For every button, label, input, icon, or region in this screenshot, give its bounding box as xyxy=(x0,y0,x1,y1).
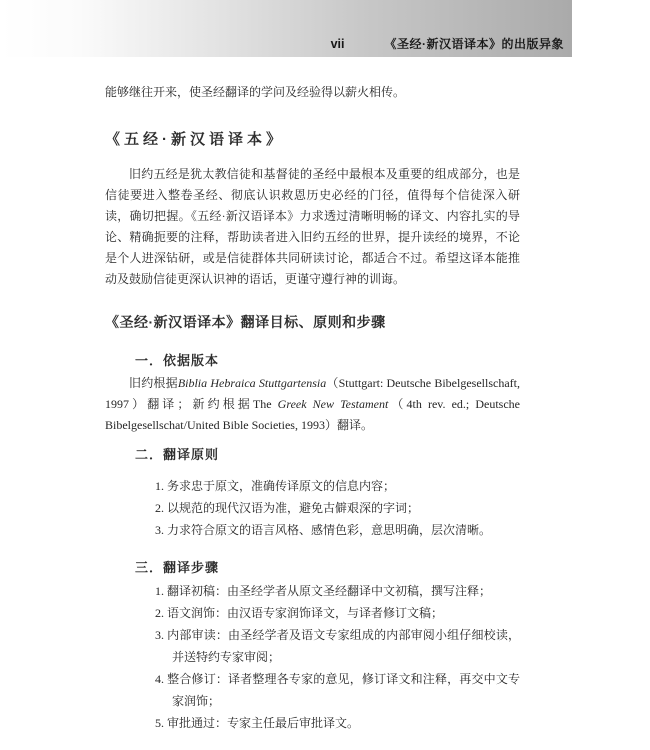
page-number: vii xyxy=(331,38,345,51)
principles-list: 1. 务求忠于原文，准确传译原文的信息内容； 2. 以规范的现代汉语为准，避免古… xyxy=(105,475,520,541)
section-heading-translation: 《圣经·新汉语译本》翻译目标、原则和步骤 xyxy=(105,312,520,332)
source-texts-ot-title: Biblia Hebraica Stuttgartensia xyxy=(178,376,326,390)
subsection-heading-steps: 三．翻译步骤 xyxy=(135,559,520,576)
list-item: 2. 语文润饰：由汉语专家润饰译文，与译者修订文稿； xyxy=(155,602,520,624)
page-content: 能够继往开来，使圣经翻译的学问及经验得以薪火相传。 《五经·新汉语译本》 旧约五… xyxy=(105,57,520,734)
list-item: 4. 整合修订：译者整理各专家的意见，修订译文和注释，再交中文专家润饰； xyxy=(155,668,520,712)
list-item: 3. 力求符合原文的语言风格、感情色彩，意思明确，层次清晰。 xyxy=(155,519,520,541)
list-item: 5. 审批通过：专家主任最后审批译文。 xyxy=(155,712,520,734)
pentateuch-paragraph: 旧约五经是犹太教信徒和基督徒的圣经中最根本及重要的组成部分，也是信徒要进入整卷圣… xyxy=(105,164,520,290)
list-item: 1. 翻译初稿：由圣经学者从原文圣经翻译中文初稿，撰写注释； xyxy=(155,580,520,602)
steps-list: 1. 翻译初稿：由圣经学者从原文圣经翻译中文初稿，撰写注释； 2. 语文润饰：由… xyxy=(105,580,520,734)
source-texts-segment: 旧约根据 xyxy=(129,376,178,390)
carryover-paragraph: 能够继往开来，使圣经翻译的学问及经验得以薪火相传。 xyxy=(105,82,520,103)
source-texts-paragraph: 旧约根据Biblia Hebraica Stuttgartensia（Stutt… xyxy=(105,373,520,436)
section-heading-pentateuch: 《五经·新汉语译本》 xyxy=(105,130,520,150)
page-header: vii 《圣经·新汉语译本》的出版异象 xyxy=(0,0,572,57)
list-item: 3. 内部审读：由圣经学者及语文专家组成的内部审阅小组仔细校读，并送特约专家审阅… xyxy=(155,624,520,668)
subsection-heading-principles: 二．翻译原则 xyxy=(135,446,520,463)
list-item: 1. 务求忠于原文，准确传译原文的信息内容； xyxy=(155,475,520,497)
running-title: 《圣经·新汉语译本》的出版异象 xyxy=(385,38,565,50)
source-texts-nt-title: Greek New Testament xyxy=(278,397,389,411)
subsection-heading-source-texts: 一．依据版本 xyxy=(135,352,520,369)
list-item: 2. 以规范的现代汉语为准，避免古僻艰深的字词； xyxy=(155,497,520,519)
book-page: vii 《圣经·新汉语译本》的出版异象 能够继往开来，使圣经翻译的学问及经验得以… xyxy=(0,0,650,750)
